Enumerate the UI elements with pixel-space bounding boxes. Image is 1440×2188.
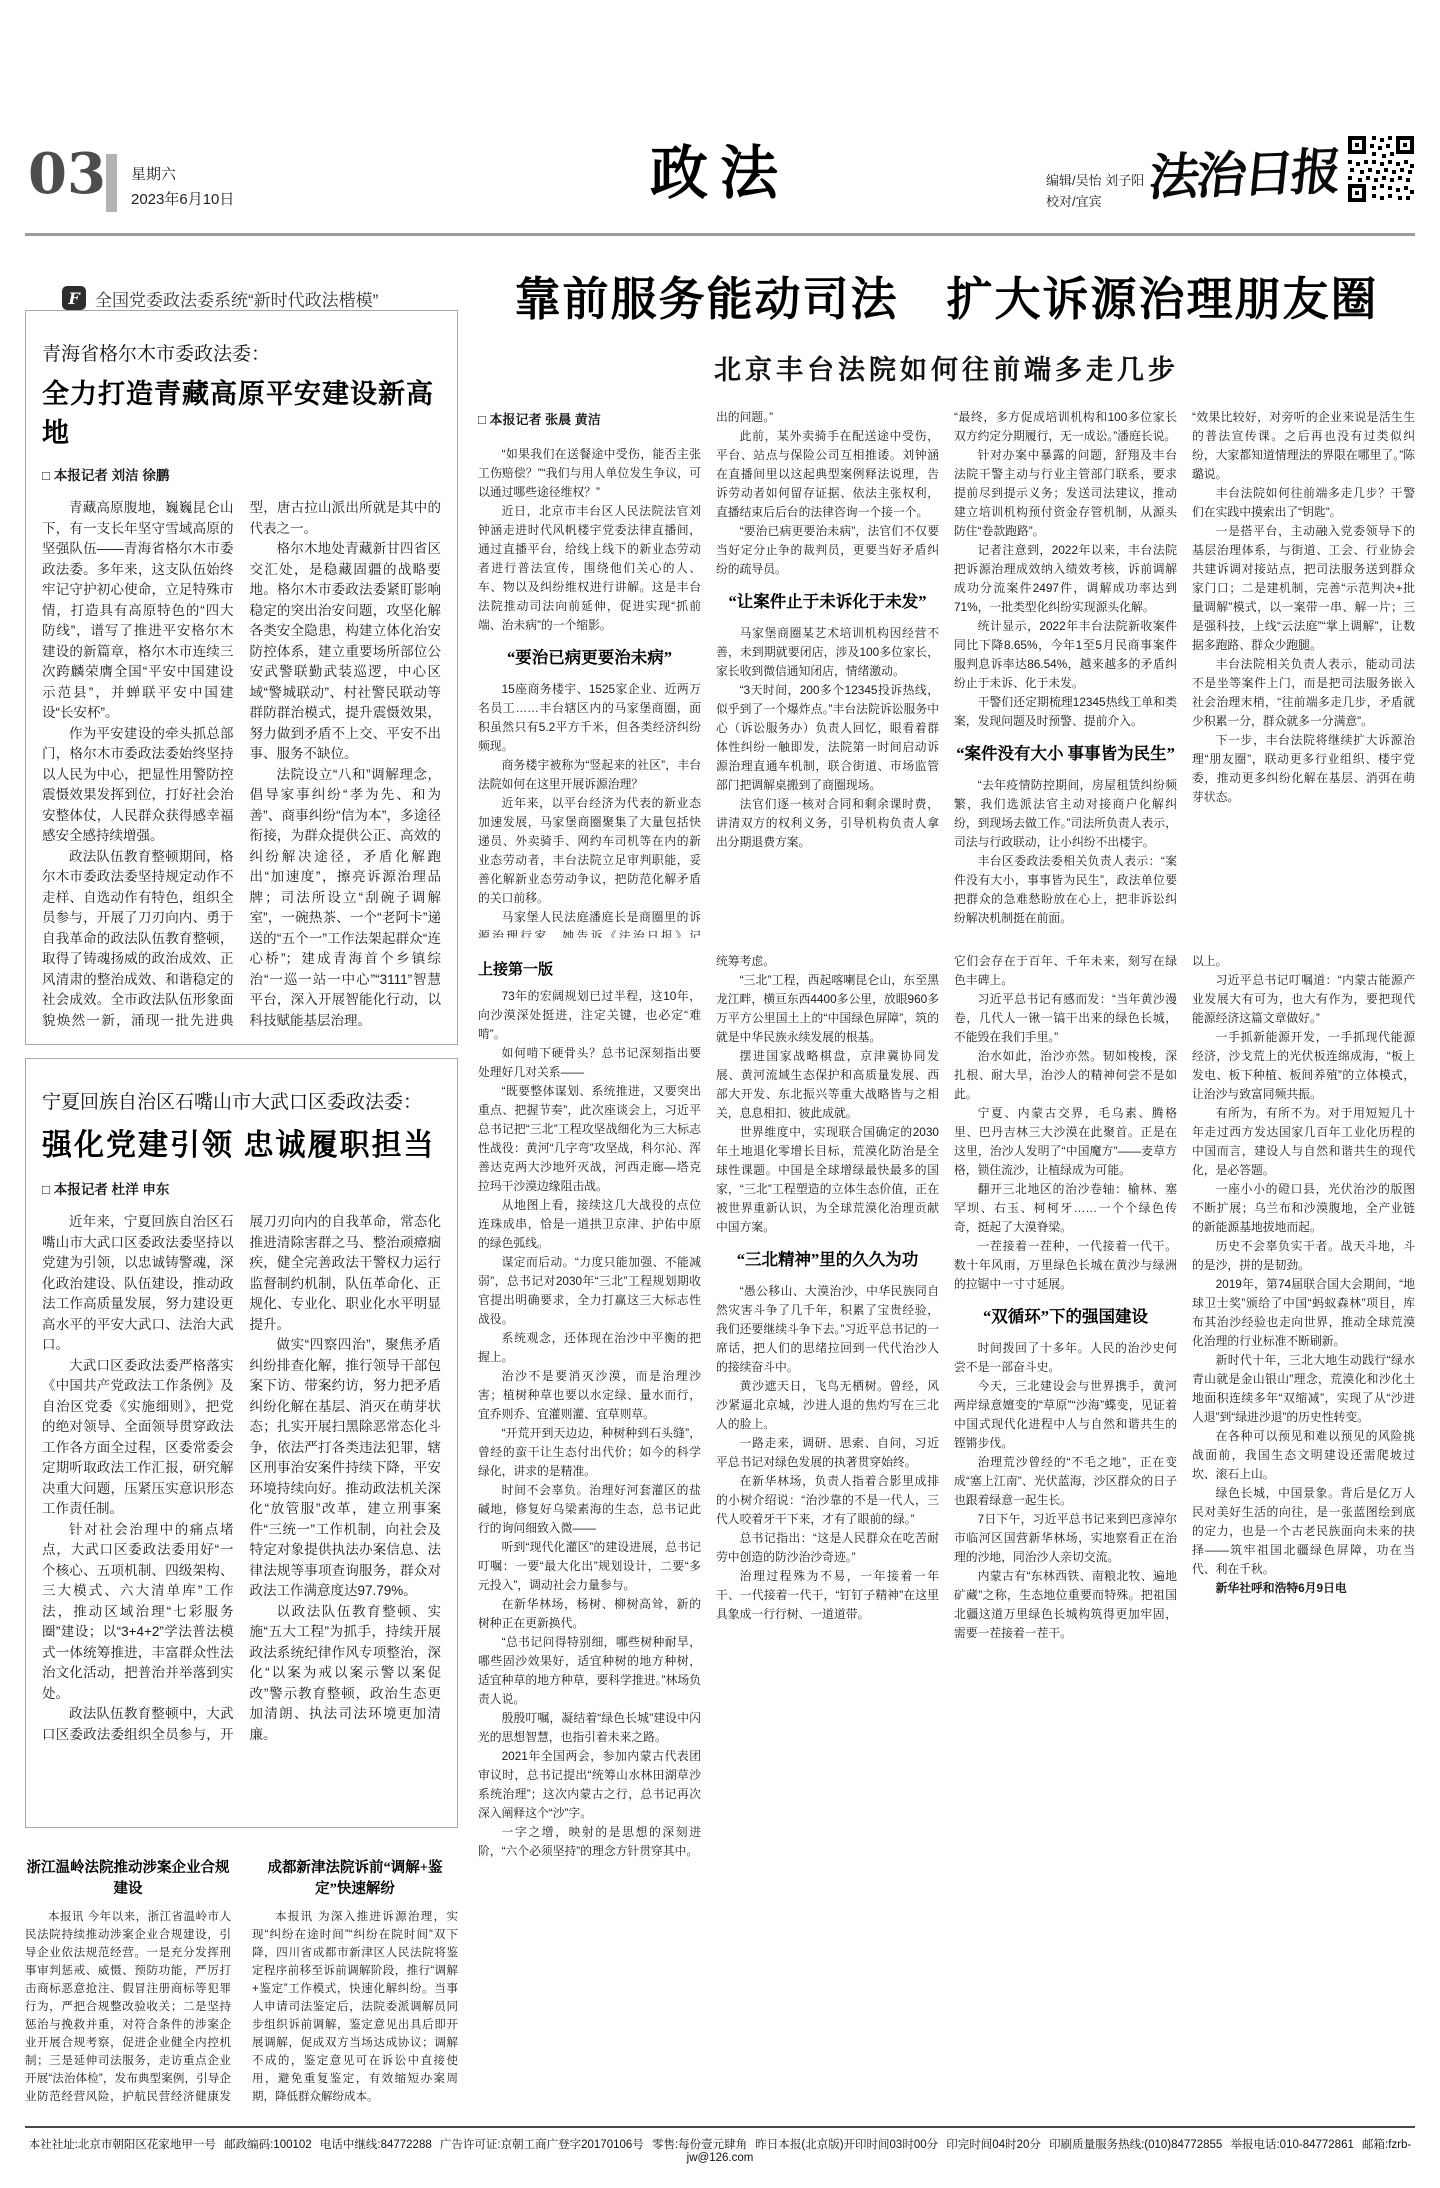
subhead: “双循环”下的强国建设 (954, 1307, 1177, 1326)
news-briefs: 浙江温岭法院推动涉案企业合规建设 本报讯 今年以来，浙江省温岭市人民法院持续推动… (25, 1850, 458, 2108)
issue-info: 星期六 2023年6月10日 (131, 162, 234, 212)
paragraph: 近日，北京市丰台区人民法院法官刘钟涵走进时代风帆楼宇党委法律直播间，通过直播平台… (478, 502, 701, 635)
paragraph: 听到“现代化灌区”的建设进展，总书记叮嘱：一要“最大化出”规划设计，二要“多元投… (478, 1538, 701, 1595)
editor-line: 编辑/吴怡 刘子阳 (1046, 170, 1144, 191)
article-kicker: 宁夏回族自治区石嘴山市大武口区委政法委： (42, 1087, 441, 1114)
main-column-4: “效果比较好，对旁听的企业来说是活生生的普法宣传课。之后再也没有过类似纠纷，大家… (1192, 408, 1415, 938)
article-qinghai: 青海省格尔木市委政法委： 全力打造青藏高原平安建设新高地 □ 本报记者 刘洁 徐… (25, 310, 458, 1045)
main-column-1: □ 本报记者 张晨 黄洁“如果我们在送餐途中受伤，能否主张工伤赔偿？”“我们与用… (478, 408, 701, 938)
paragraph: 做实“四察四治”，聚焦矛盾纠纷排查化解，推行领导干部包案下访、带案约访，努力把矛… (250, 1335, 442, 1602)
paragraph: 出的问题。” (716, 408, 939, 427)
section-title: 政法 (560, 126, 880, 210)
continued-column-2: 统筹考虑。“三北”工程，西起喀喇昆仑山，东至黑龙江畔，横亘东西4400多公里，放… (716, 952, 939, 2108)
paragraph: 统计显示，2022年丰台法院新收案件同比下降8.65%，今年1至5月民商事案件服… (954, 617, 1177, 693)
paragraph: 一字之增，映射的是思想的深刻进阶，“六个必须坚持”的理念方针贯穿其中。 (478, 1823, 701, 1861)
paragraph: “如果我们在送餐途中受伤，能否主张工伤赔偿？”“我们与用人单位发生争议，可以通过… (478, 445, 701, 502)
paragraph: “去年疫情防控期间，房屋租赁纠纷频繁，我们选派法官主动对接商户化解纠纷，到现场去… (954, 776, 1177, 852)
paragraph: 记者注意到，2022年以来，丰台法院把诉源治理成效纳入绩效考核，诉前调解成功分流… (954, 541, 1177, 617)
paragraph: 一手抓新能源开发，一手抓现代能源经济，沙戈荒上的光伏板连绵成海，“板上发电、板下… (1192, 1028, 1415, 1104)
paragraph: 时间不会辜负。治理好河套灌区的盐碱地，修复好乌梁素海的生态，总书记此行的询问细致… (478, 1481, 701, 1538)
paragraph: 一座小小的磴口县，光伏治沙的版图不断扩展；乌兰布和沙漠腹地，全产业链的新能源基地… (1192, 1180, 1415, 1237)
paragraph: 在新华林场，负责人指着合影里成排的小树介绍说：“治沙靠的不是一代人，三代人咬着牙… (716, 1472, 939, 1529)
article-ningxia: 宁夏回族自治区石嘴山市大武口区委政法委： 强化党建引领 忠诚履职担当 □ 本报记… (25, 1058, 458, 1828)
paragraph: 丰台法院相关负责人表示，能动司法不是坐等案件上门，而是把司法服务嵌入社会治理末梢… (1192, 655, 1415, 731)
subhead: “案件没有大小 事事皆为民生” (954, 744, 1177, 763)
paragraph: 摆进国家战略棋盘，京津冀协同发展、黄河流域生态保护和高质量发展、西部大开发、东北… (716, 1047, 939, 1123)
main-subtitle: 北京丰台法院如何往前端多走几步 (478, 348, 1415, 387)
article-byline: □ 本报记者 张晨 黄洁 (478, 410, 701, 429)
paragraph: 青藏高原腹地，巍巍昆仑山下，有一支长年坚守雪域高原的坚强队伍——青海省格尔木市委… (42, 498, 234, 724)
paragraph: 丰台法院如何往前端多走几步？干警们在实践中摸索出了“钥匙”。 (1192, 484, 1415, 522)
paragraph: 马家堡人民法庭潘庭长是商圈里的诉源治理行家，她告诉《法治日报》记者：“为了拓宽诉… (478, 908, 701, 938)
paragraph: 针对社会治理中的痛点堵点，大武口区委政法委用好“一个核心、五项机制、四级架构、三… (42, 1520, 234, 1705)
article-headline: 强化党建引领 忠诚履职担当 (42, 1120, 441, 1164)
paragraph: 内蒙古有“东林西铁、南粮北牧、遍地矿藏”之称，生态地位重要而特殊。把祖国北疆这道… (954, 1567, 1177, 1643)
paragraph: “最终，多方促成培训机构和100多位家长双方约定分期履行，无一成讼。”潘庭长说。 (954, 408, 1177, 446)
article-byline: □ 本报记者 杜洋 申东 (42, 1178, 441, 1198)
paragraph: 近年来，宁夏回族自治区石嘴山市大武口区委政法委坚持以党建为引领，以忠诚铸警魂，深… (42, 1212, 234, 1356)
paragraph: 宁夏、内蒙古交界，毛乌素、腾格里、巴丹吉林三大沙漠在此聚首。正是在这里，治沙人发… (954, 1104, 1177, 1180)
brief-body: 本报讯 今年以来，浙江省温岭市人民法院持续推动涉案企业合规建设，引导企业依法规范… (25, 1908, 231, 2108)
brief-xinjin: 成都新津法院诉前“调解+鉴定”快速解纷 本报讯 为深入推进诉源治理，实现“纠纷在… (252, 1850, 458, 2108)
paragraph: 法官们逐一核对合同和剩余课时费，讲清双方的权利义务，引导机构负责人拿出分期退费方… (716, 795, 939, 852)
paragraph: 世界维度中，实现联合国确定的2030年土地退化零增长目标，荒漠化防治是全球性课题… (716, 1123, 939, 1237)
paragraph: 统筹考虑。 (716, 952, 939, 971)
paragraph: 翻开三北地区的治沙卷轴：榆林、塞罕坝、右玉、柯柯牙……一个个绿色传奇，挺起了大漠… (954, 1180, 1177, 1237)
paragraph: 习近平总书记有感而发：“当年黄沙漫卷，几代人一锹一镐干出来的绿色长城，不能毁在我… (954, 990, 1177, 1047)
article-body: 青藏高原腹地，巍巍昆仑山下，有一支长年坚守雪域高原的坚强队伍——青海省格尔木市委… (42, 498, 441, 1063)
paragraph: 殷殷叮嘱，凝结着“绿色长城”建设中闪光的思想智慧，也指引着未来之路。 (478, 1709, 701, 1747)
agency-credit: 新华社呼和浩特6月9日电 (1192, 1579, 1415, 1598)
subhead: “要治已病更要治未病” (478, 648, 701, 667)
paragraph: 在新华林场，杨树、柳树高耸，新的树种正在更新换代。 (478, 1595, 701, 1633)
paragraph: 近年来，以平台经济为代表的新业态加速发展，马家堡商圈聚集了大量包括快递员、外卖骑… (478, 794, 701, 908)
paragraph: 历史不会辜负实干者。战天斗地，斗的是沙，拼的是韧劲。 (1192, 1237, 1415, 1275)
article-kicker: 青海省格尔木市委政法委： (42, 339, 441, 366)
paragraph: 习近平总书记叮嘱道：“内蒙古能源产业发展大有可为，也大有作为，要把现代能源经济这… (1192, 971, 1415, 1028)
paragraph: 以政法队伍教育整顿、实施“五大工程”为抓手，持续开展政法系统纪律作风专项整治，深… (250, 1602, 442, 1746)
article-body: 近年来，宁夏回族自治区石嘴山市大武口区委政法委坚持以党建为引领，以忠诚铸警魂，深… (42, 1212, 441, 1802)
header-rule (25, 233, 1415, 236)
paragraph: “开荒开到天边边，种树种到石头缝”，曾经的蛮干让生态付出代价；如今的科学绿化，讲… (478, 1424, 701, 1481)
page-number: 03 (28, 146, 106, 202)
paragraph: 如何啃下硬骨头？总书记深刻指出要处理好几对关系—— (478, 1044, 701, 1082)
paragraph: “愚公移山、大漠治沙，中华民族同自然灾害斗争了几千年，积累了宝贵经验，我们还要继… (716, 1282, 939, 1377)
paragraph: 新时代十年，三北大地生动践行“绿水青山就是金山银山”理念，荒漠化和沙化土地面积连… (1192, 1351, 1415, 1427)
paragraph: 它们会存在于百年、千年未来，刻写在绿色丰碑上。 (954, 952, 1177, 990)
paragraph: 7日下午，习近平总书记来到巴彦淖尔市临河区国营新华林场，实地察看正在治理的沙地，… (954, 1510, 1177, 1567)
paragraph: 总书记指出：“这是人民群众在吃苦耐劳中创造的防沙治沙奇迹。” (716, 1529, 939, 1567)
paragraph: “既要整体谋划、系统推进，又要突出重点、把握节奏”，此次座谈会上，习近平总书记把… (478, 1082, 701, 1196)
continued-from-label: 上接第一版 (478, 960, 701, 979)
paragraph: “要治已病更要治未病”，法官们不仅要当好定分止争的裁判员，更要当好矛盾纠纷的疏导… (716, 522, 939, 579)
brief-wenling: 浙江温岭法院推动涉案企业合规建设 本报讯 今年以来，浙江省温岭市人民法院持续推动… (25, 1850, 231, 2108)
brief-body: 本报讯 为深入推进诉源治理，实现“纠纷在途时间”“纠纷在院时间”双下降，四川省成… (252, 1908, 458, 2106)
paragraph: 15座商务楼宇、1525家企业、近两万名员工……丰台辖区内的马家堡商圈，面积虽然… (478, 680, 701, 756)
main-column-3: “最终，多方促成培训机构和100多位家长双方约定分期履行，无一成讼。”潘庭长说。… (954, 408, 1177, 938)
paragraph: 73年的宏阔规划已过半程，这10年，向沙漠深处挺进，注定关键，也必定“难啃”。 (478, 987, 701, 1044)
paragraph: 从地图上看，接续这几大战役的点位连珠成串，恰是一道拱卫京津、护佑中原的绿色弧线。 (478, 1196, 701, 1253)
fazhi-logo-icon: F (62, 286, 86, 310)
page-number-divider (106, 154, 117, 212)
paragraph: 谋定而后动。“力度只能加强、不能减弱”，总书记对2030年“三北”工程规划期收官… (478, 1253, 701, 1329)
paragraph: 法院设立“八和”调解理念，倡导家事纠纷“孝为先、和为善”、商事纠纷“信为本”，多… (250, 765, 442, 1032)
weekday: 星期六 (131, 162, 234, 187)
continued-column-3: 它们会存在于百年、千年未来，刻写在绿色丰碑上。习近平总书记有感而发：“当年黄沙漫… (954, 952, 1177, 2108)
main-column-2: 出的问题。”此前，某外卖骑手在配送途中受伤，平台、站点与保险公司互相推诿。刘钟涵… (716, 408, 939, 938)
continued-column-4: 以上。习近平总书记叮嘱道：“内蒙古能源产业发展大有可为，也大有作为，要把现代能源… (1192, 952, 1415, 2108)
paragraph: 在各种可以预见和难以预见的风险挑战面前，我国生态文明建设还需爬坡过坎、滚石上山。 (1192, 1427, 1415, 1484)
editor-credits: 编辑/吴怡 刘子阳 校对/宜宾 (1046, 170, 1144, 212)
series-banner-label: 全国党委政法委系统“新时代政法楷模” (95, 286, 378, 311)
paragraph: 治理过程殊为不易，一年接着一年干、一代接着一代干，“钉钉子精神”在这里具象成一行… (716, 1567, 939, 1624)
brief-headline: 成都新津法院诉前“调解+鉴定”快速解纷 (252, 1856, 458, 1898)
paragraph: 2019年，第74届联合国大会期间，“地球卫士奖”颁给了中国“蚂蚁森林”项目，库… (1192, 1275, 1415, 1351)
paragraph: 一茬接着一茬种，一代接着一代干。数十年风雨，万里绿色长城在黄沙与绿洲的拉锯中一寸… (954, 1237, 1177, 1294)
article-byline: □ 本报记者 刘洁 徐鹏 (42, 464, 441, 484)
paragraph: 以上。 (1192, 952, 1415, 971)
subhead: “三北精神”里的久久为功 (716, 1250, 939, 1269)
paragraph: 一是搭平台，主动融入党委领导下的基层治理体系，与街道、工会、行业协会共建诉调对接… (1192, 522, 1415, 655)
date: 2023年6月10日 (131, 187, 234, 212)
paragraph: 大武口区委政法委严格落实《中国共产党政法工作条例》及自治区党委《实施细则》，把党… (42, 1356, 234, 1520)
paragraph: 下一步，丰台法院将继续扩大诉源治理“朋友圈”，联动更多行业组织、楼宇党委，推动更… (1192, 731, 1415, 807)
proofreader-line: 校对/宜宾 (1046, 191, 1144, 212)
paragraph: 作为平安建设的牵头抓总部门，格尔木市委政法委始终坚持以人民为中心，把显性用警防控… (42, 724, 234, 847)
qr-code-icon (1346, 134, 1416, 204)
paragraph: 系统观念，还体现在治沙中平衡的把握上。 (478, 1329, 701, 1367)
paragraph: 2021年全国两会，参加内蒙古代表团审议时，总书记提出“统筹山水林田湖草沙系统治… (478, 1747, 701, 1823)
paragraph: 绿色长城，中国景象。背后是亿万人民对美好生活的向往，是一张蓝图绘到底的定力，也是… (1192, 1484, 1415, 1579)
paragraph: 格尔木地处青藏新甘四省区交汇处，是稳藏固疆的战略要地。格尔木市委政法委紧盯影响稳… (250, 539, 442, 765)
paragraph: 治理荒沙曾经的“不毛之地”，正在变成“塞上江南”、光伏蓝海，沙区群众的日子也跟着… (954, 1453, 1177, 1510)
paragraph: 今天，三北建设会与世界携手，黄河两岸绿意嬗变的“草原”“沙海”蝶变，见证着中国式… (954, 1377, 1177, 1453)
paragraph: 此前，某外卖骑手在配送途中受伤，平台、站点与保险公司互相推诿。刘钟涵在直播间里以… (716, 427, 939, 522)
footer-rule (25, 2126, 1415, 2128)
paragraph: 针对办案中暴露的问题，舒翔及丰台法院干警主动与行业主管部门联系，要求提前尽到提示… (954, 446, 1177, 541)
paragraph: 黄沙遮天日，飞鸟无栖树。曾经，风沙紧逼北京城，沙进人退的焦灼写在三北人的脸上。 (716, 1377, 939, 1434)
paragraph: 丰台区委政法委相关负责人表示：“案件没有大小，事事皆为民生”，政法单位要把群众的… (954, 852, 1177, 928)
paragraph: “总书记问得特别细，哪些树种耐旱，哪些固沙效果好，适宜种树的地方种树，适宜种草的… (478, 1633, 701, 1709)
paragraph: 商务楼宇被称为“竖起来的社区”，丰台法院如何在这里开展诉源治理？ (478, 756, 701, 794)
paragraph: 时间拨回了十多年。人民的治沙史何尝不是一部奋斗史。 (954, 1339, 1177, 1377)
paragraph: “三北”工程，西起喀喇昆仑山，东至黑龙江畔，横亘东西4400多公里，放眼960多… (716, 971, 939, 1047)
paragraph: “3天时间，200多个12345投诉热线，似乎到了一个爆炸点。”丰台法院诉讼服务… (716, 681, 939, 795)
continued-column-1: 上接第一版73年的宏阔规划已过半程，这10年，向沙漠深处挺进，注定关键，也必定“… (478, 952, 701, 2108)
main-headline: 靠前服务能动司法 扩大诉源治理朋友圈 (478, 272, 1415, 327)
paragraph: “效果比较好，对旁听的企业来说是活生生的普法宣传课。之后再也没有过类似纠纷，大家… (1192, 408, 1415, 484)
article-headline: 全力打造青藏高原平安建设新高地 (42, 372, 441, 450)
masthead-logo: 法治日报 (1146, 131, 1342, 210)
newspaper-page: 03 星期六 2023年6月10日 政法 编辑/吴怡 刘子阳 校对/宜宾 法治日… (0, 0, 1440, 2188)
paragraph: 有所为，有所不为。对于用短短几十年走过西方发达国家几百年工业化历程的中国而言，建… (1192, 1104, 1415, 1180)
paragraph: 一路走来，调研、思索、自问，习近平总书记对绿色发展的执著贯穿始终。 (716, 1434, 939, 1472)
paragraph: 干警们还定期梳理12345热线工单和类案，发现问题及时预警、提前介入。 (954, 693, 1177, 731)
paragraph: 治沙不是要消灭沙漠，而是治理沙害；植树种草也要以水定绿、量水而行，宜乔则乔、宜灌… (478, 1367, 701, 1424)
paragraph: 马家堡商圈某艺术培训机构因经营不善，未到期就要闭店，涉及100多位家长，家长收到… (716, 624, 939, 681)
paragraph: 治水如此，治沙亦然。韧如梭梭，深扎根、耐大旱，治沙人的精神何尝不是如此。 (954, 1047, 1177, 1104)
brief-headline: 浙江温岭法院推动涉案企业合规建设 (25, 1856, 231, 1898)
imprint-line: 本社社址:北京市朝阳区花家地甲一号 邮政编码:100102 电话中继线:8477… (25, 2136, 1415, 2164)
subhead: “让案件止于未诉化于未发” (716, 592, 939, 611)
